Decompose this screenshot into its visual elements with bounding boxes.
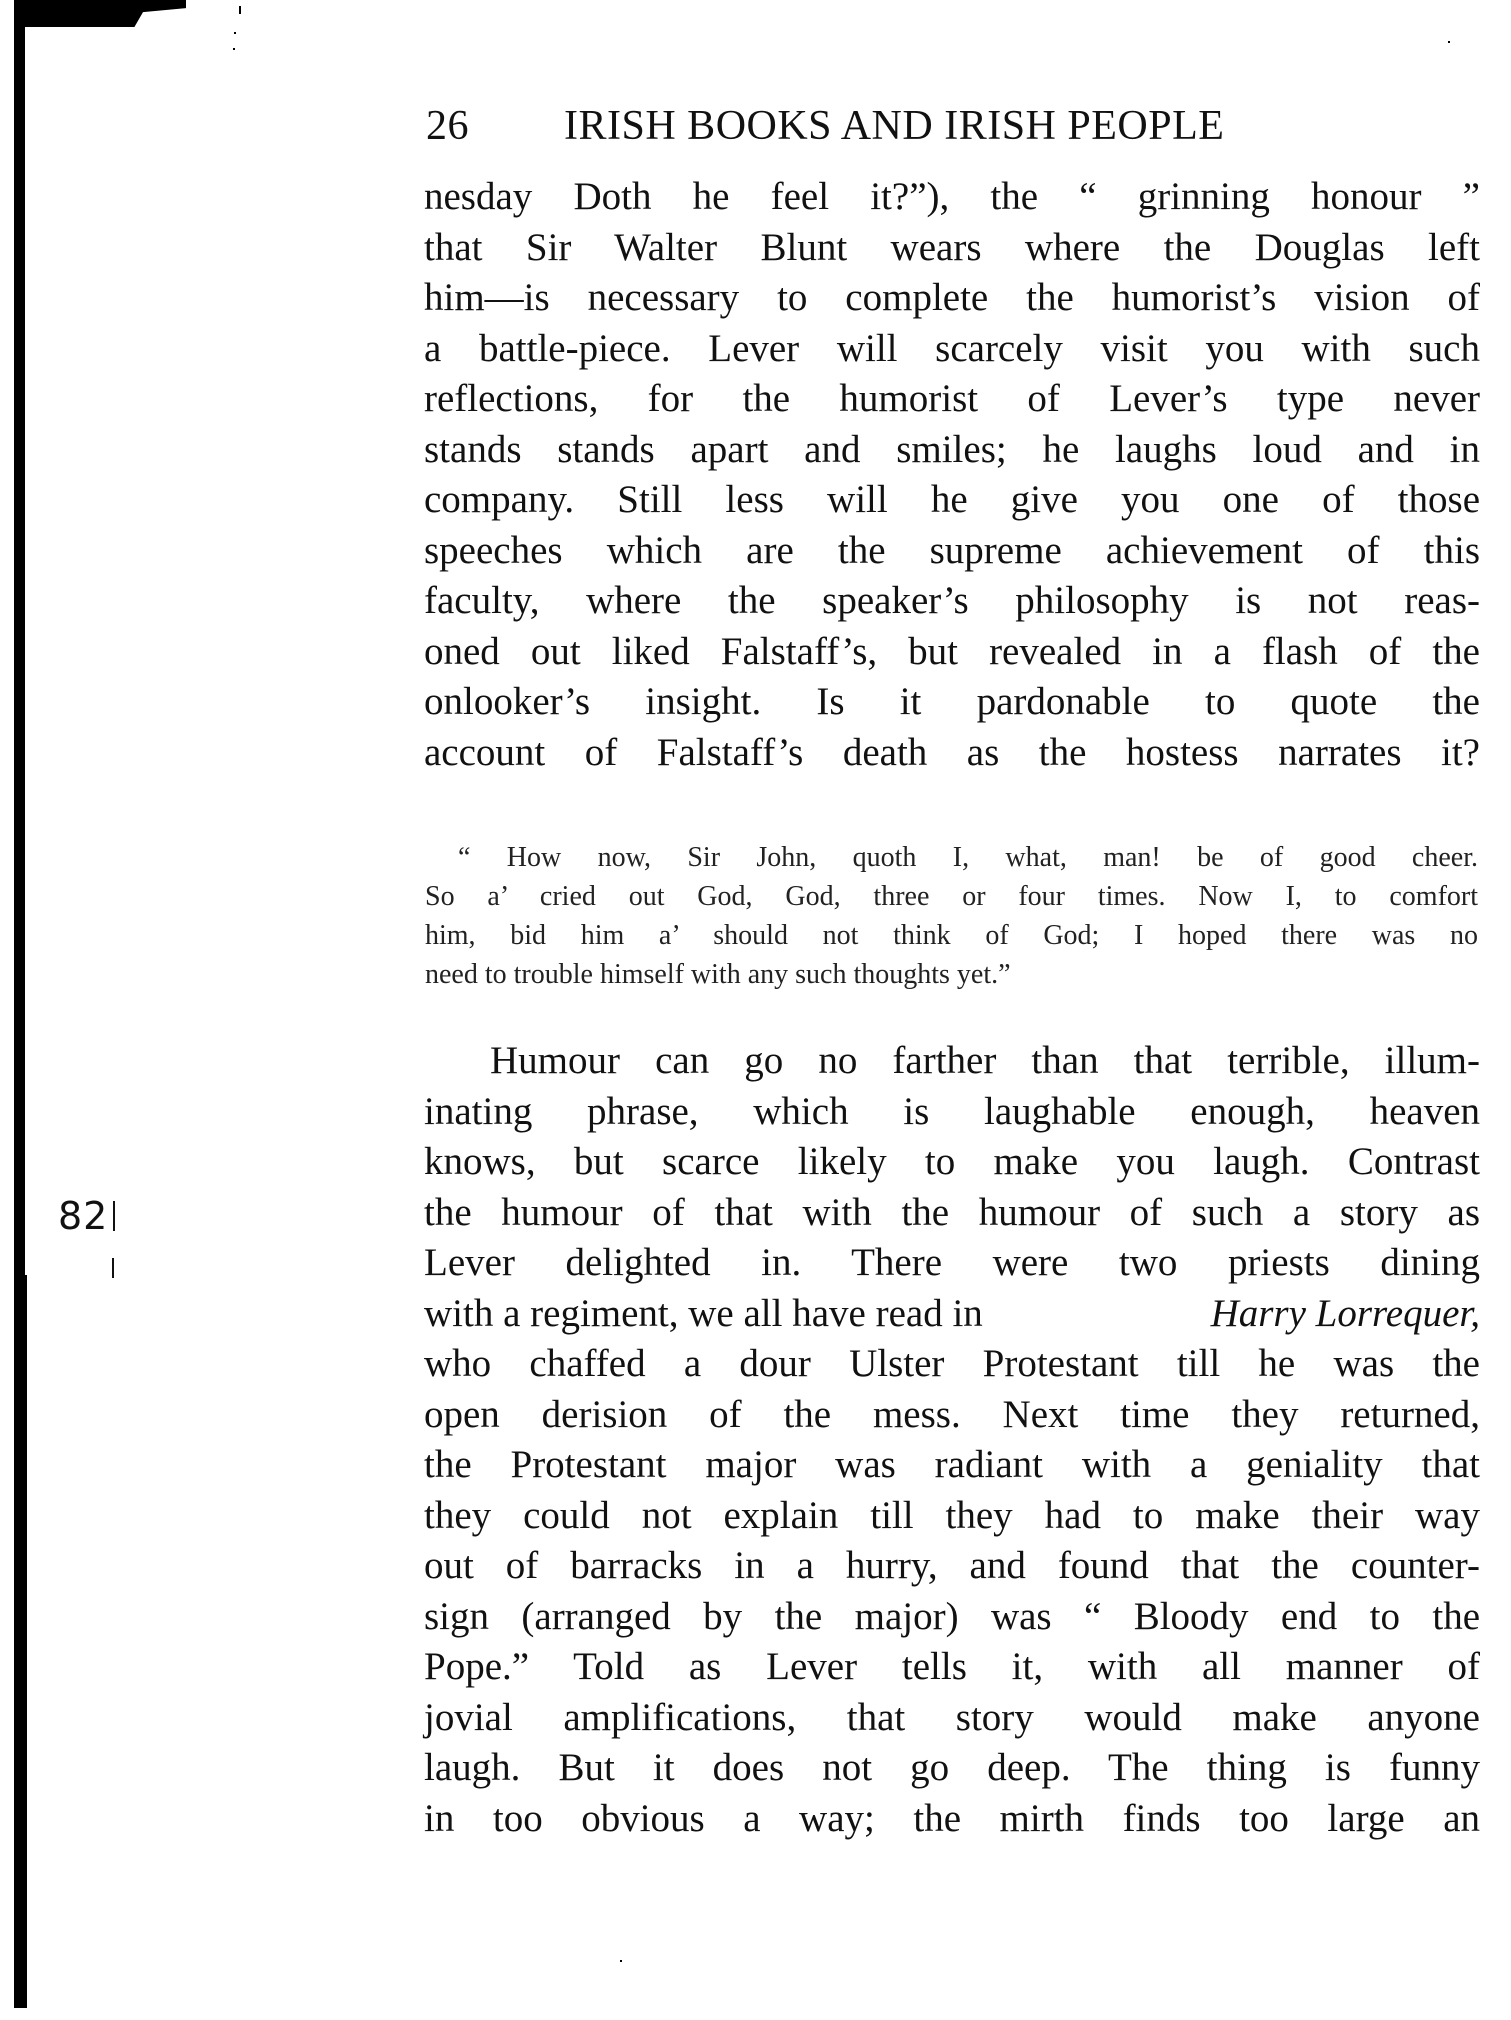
text-line: that Sir Walter Blunt wears where the Do… bbox=[424, 223, 1480, 274]
margin-mark bbox=[113, 1201, 115, 1231]
running-head: 26IRISH BOOKS AND IRISH PEOPLE bbox=[426, 104, 1486, 148]
scan-speck bbox=[234, 32, 236, 34]
text-line: him—is necessary to complete the humoris… bbox=[424, 273, 1480, 324]
text-line: a battle-piece. Lever will scarcely visi… bbox=[424, 324, 1480, 375]
text-line: Humour can go no farther than that terri… bbox=[424, 1036, 1480, 1087]
text-line: inating phrase, which is laughable enoug… bbox=[424, 1087, 1480, 1138]
text-line: jovial amplifications, that story would … bbox=[424, 1693, 1480, 1744]
text-line: who chaffed a dour Ulster Protestant til… bbox=[424, 1339, 1480, 1390]
text-line: onlooker’s insight. Is it pardonable to … bbox=[424, 677, 1480, 728]
text-line: Pope.” Told as Lever tells it, with all … bbox=[424, 1642, 1480, 1693]
quote-line: need to trouble himself with any such th… bbox=[425, 955, 1478, 994]
scan-binding-edge-inner bbox=[25, 1275, 27, 2008]
scan-speck bbox=[239, 6, 241, 14]
quote-line: him, bid him a’ should not think of God;… bbox=[425, 916, 1478, 955]
text-line: the Protestant major was radiant with a … bbox=[424, 1440, 1480, 1491]
text-line: with a regiment, we all have read inHarr… bbox=[424, 1289, 1480, 1340]
text-line: they could not explain till they had to … bbox=[424, 1491, 1480, 1542]
paragraph-2: Humour can go no farther than that terri… bbox=[424, 1036, 1480, 1844]
text-line: oned out liked Falstaff’s, but revealed … bbox=[424, 627, 1480, 678]
text-line: account of Falstaff’s death as the hoste… bbox=[424, 728, 1480, 779]
scan-speck bbox=[620, 1960, 622, 1962]
scan-speck bbox=[233, 48, 235, 50]
text-line: stands stands apart and smiles; he laugh… bbox=[424, 425, 1480, 476]
text-line: Lever delighted in. There were two pries… bbox=[424, 1238, 1480, 1289]
text-line: sign (arranged by the major) was “ Blood… bbox=[424, 1592, 1480, 1643]
text-line: knows, but scarce likely to make you lau… bbox=[424, 1137, 1480, 1188]
page-number: 26 bbox=[426, 104, 564, 148]
text-line-segment: with a regiment, we all have read in bbox=[424, 1289, 983, 1340]
book-title: Harry Lorrequer, bbox=[1211, 1289, 1480, 1340]
scan-binding-edge bbox=[14, 20, 25, 2008]
text-line: nesday Doth he feel it?”), the “ grinnin… bbox=[424, 172, 1480, 223]
text-line: laugh. But it does not go deep. The thin… bbox=[424, 1743, 1480, 1794]
text-line: reflections, for the humorist of Lever’s… bbox=[424, 374, 1480, 425]
text-line: out of barracks in a hurry, and found th… bbox=[424, 1541, 1480, 1592]
margin-tick bbox=[112, 1258, 114, 1278]
margin-annotation: 82 bbox=[58, 1196, 108, 1236]
text-line: company. Still less will he give you one… bbox=[424, 475, 1480, 526]
paragraph-1: nesday Doth he feel it?”), the “ grinnin… bbox=[424, 172, 1480, 778]
quote-line: So a’ cried out God, God, three or four … bbox=[425, 877, 1478, 916]
block-quote: “ How now, Sir John, quoth I, what, man!… bbox=[425, 838, 1478, 994]
text-line: open derision of the mess. Next time the… bbox=[424, 1390, 1480, 1441]
text-line: speeches which are the supreme achieveme… bbox=[424, 526, 1480, 577]
scan-corner-shadow bbox=[14, 0, 186, 27]
running-title: IRISH BOOKS AND IRISH PEOPLE bbox=[564, 104, 1224, 148]
text-line: in too obvious a way; the mirth finds to… bbox=[424, 1794, 1480, 1845]
text-line: faculty, where the speaker’s philosophy … bbox=[424, 576, 1480, 627]
quote-line: “ How now, Sir John, quoth I, what, man!… bbox=[425, 838, 1478, 877]
scan-speck bbox=[1448, 41, 1450, 43]
text-line: the humour of that with the humour of su… bbox=[424, 1188, 1480, 1239]
